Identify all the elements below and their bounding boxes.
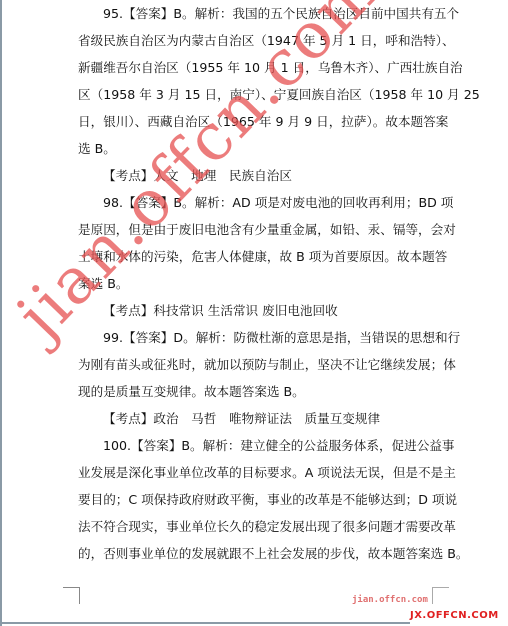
page-bottom-border <box>0 622 410 624</box>
text-line: 选 B。 <box>78 135 432 162</box>
text-line: 现的是质量互变规律。故本题答案选 B。 <box>78 378 432 405</box>
document-body: 95.【答案】B。解析：我国的五个民族自治区目前中国共有五个 省级民族自治区为内… <box>78 0 432 567</box>
text-line: 业发展是深化事业单位改革的目标要求。A 项说法无误，但是不是主 <box>78 459 432 486</box>
text-line: 98.【答案】B。解析：AD 项是对废电池的回收再利用；BD 项 <box>78 189 432 216</box>
text-line: 土壤和水体的污染，危害人体健康，故 B 项为首要原因。故本题答 <box>78 243 432 270</box>
text-line: 要目的；C 项保持政府财政平衡，事业的改革是不能够达到；D 项说 <box>78 486 432 513</box>
key-point-line: 【考点】政治 马哲 唯物辩证法 质量互变规律 <box>78 405 432 432</box>
text-line: 新疆维吾尔自治区（1955 年 10 月 1 日，乌鲁木齐）、广西壮族自治 <box>78 54 432 81</box>
page-corner-mark-left <box>63 587 80 604</box>
text-line: 案选 B。 <box>78 270 432 297</box>
text-line: 省级民族自治区为内蒙古自治区（1947 年 5 月 1 日，呼和浩特）、 <box>78 27 432 54</box>
key-point-line: 【考点】科技常识 生活常识 废旧电池回收 <box>78 297 432 324</box>
text-line: 日，银川）、西藏自治区（1965 年 9 月 9 日，拉萨）。故本题答案 <box>78 108 432 135</box>
text-line: 99.【答案】D。解析：防微杜渐的意思是指，当错误的思想和行 <box>78 324 432 351</box>
text-line: 法不符合现实，事业单位长久的稳定发展出现了很多问题才需要改革 <box>78 513 432 540</box>
text-line: 的，否则事业单位的发展就跟不上社会发展的步伐，故本题答案选 B。 <box>78 540 432 567</box>
text-line: 区（1958 年 3 月 15 日，南宁）、宁夏回族自治区（1958 年 10 … <box>78 81 432 108</box>
text-line: 为刚有苗头或征兆时，就加以预防与制止，坚决不让它继续发展；体 <box>78 351 432 378</box>
text-line: 是原因，但是由于废旧电池含有少量重金属，如铅、汞、镉等，会对 <box>78 216 432 243</box>
site-watermark: JX.OFFCN.COM <box>410 610 499 621</box>
document-page: 95.【答案】B。解析：我国的五个民族自治区目前中国共有五个 省级民族自治区为内… <box>0 0 508 626</box>
text-line: 100.【答案】B。解析：建立健全的公益服务体系，促进公益事 <box>78 432 432 459</box>
page-corner-mark-right <box>432 587 449 604</box>
text-line: 95.【答案】B。解析：我国的五个民族自治区目前中国共有五个 <box>78 0 432 27</box>
footer-watermark: jian.offcn.com <box>352 595 428 605</box>
page-left-border <box>0 0 2 626</box>
key-point-line: 【考点】人文 地理 民族自治区 <box>78 162 432 189</box>
